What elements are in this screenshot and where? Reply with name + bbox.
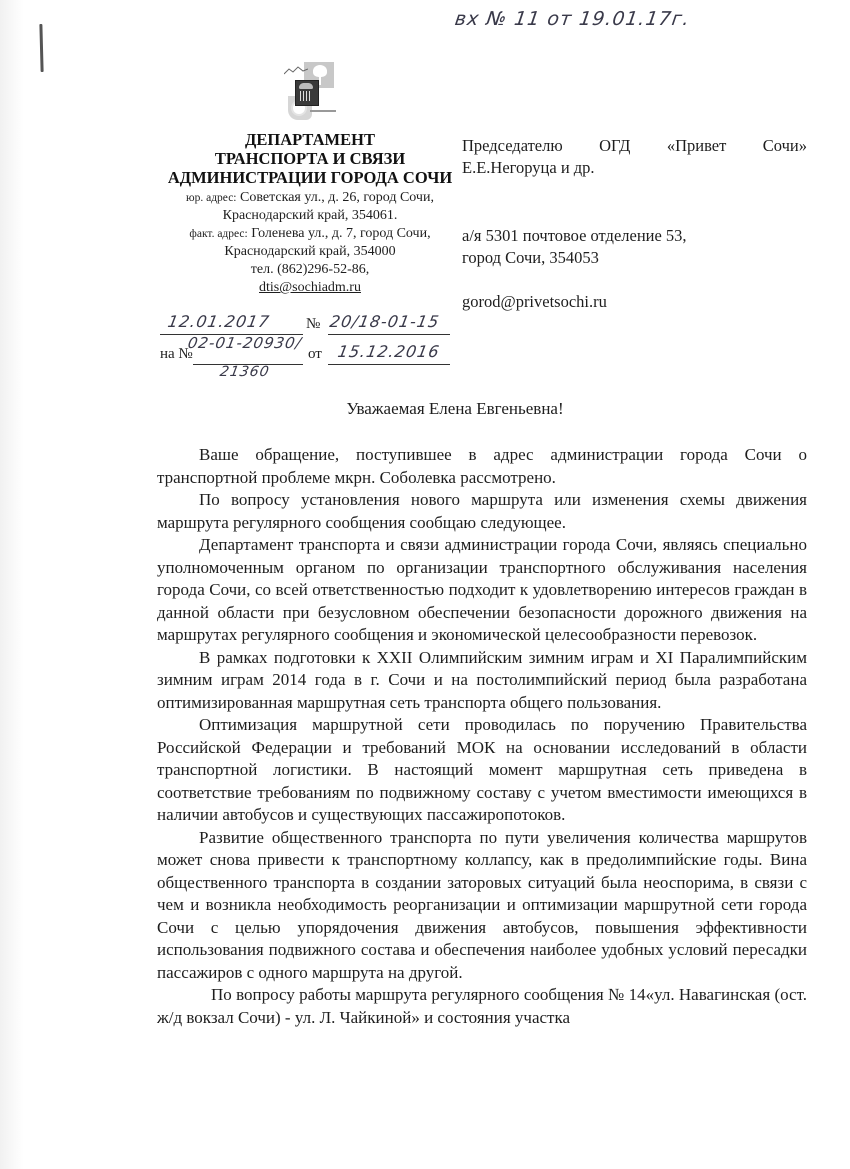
- recipient-address-2: город Сочи, 354053: [462, 247, 807, 269]
- paragraph: Оптимизация маршрутной сети проводилась …: [157, 714, 807, 827]
- scan-edge-shadow: [0, 0, 24, 1169]
- outgoing-number: 20/18-01-15: [328, 312, 441, 331]
- letter-body: Ваше обращение, поступившее в адрес адми…: [157, 444, 807, 1029]
- recipient-email: gorod@privetsochi.ru: [462, 291, 807, 313]
- department-phone: тел. (862)296-52-86,: [160, 261, 460, 279]
- registration-block: 12.01.2017 № 20/18-01-15 02-01-20930/ на…: [160, 312, 460, 380]
- reply-number-continued: 21360: [219, 364, 271, 380]
- sochi-coat-of-arms-icon: [280, 62, 340, 122]
- outgoing-date: 12.01.2017: [166, 312, 271, 331]
- reply-date: 15.12.2016: [336, 342, 441, 361]
- letterhead: ДЕПАРТАМЕНТ ТРАНСПОРТА И СВЯЗИ АДМИНИСТР…: [160, 62, 460, 297]
- paragraph: В рамках подготовки к XXII Олимпийским з…: [157, 647, 807, 715]
- binder-mark: [39, 24, 43, 72]
- paragraph: Департамент транспорта и связи администр…: [157, 534, 807, 647]
- department-name: ДЕПАРТАМЕНТ ТРАНСПОРТА И СВЯЗИ АДМИНИСТР…: [160, 130, 460, 187]
- salutation: Уважаемая Елена Евгеньевна!: [0, 399, 850, 419]
- incoming-registration-note: вх № 11 от 19.01.17г.: [453, 8, 691, 30]
- recipient-title: Председателю ОГД «Привет Сочи»: [462, 135, 807, 157]
- paragraph: Ваше обращение, поступившее в адрес адми…: [157, 444, 807, 489]
- paragraph: Развитие общественного транспорта по пут…: [157, 827, 807, 985]
- paragraph: По вопросу установления нового маршрута …: [157, 489, 807, 534]
- recipient-address-1: а/я 5301 почтовое отделение 53,: [462, 225, 807, 247]
- department-email-link[interactable]: dtis@sochiadm.ru: [259, 280, 361, 295]
- recipient-block: Председателю ОГД «Привет Сочи» Е.Е.Негор…: [462, 135, 807, 313]
- department-address: юр. адрес: Советская ул., д. 26, город С…: [160, 189, 460, 297]
- paragraph: По вопросу работы маршрута регулярного с…: [157, 984, 807, 1029]
- recipient-name: Е.Е.Негоруца и др.: [462, 157, 807, 179]
